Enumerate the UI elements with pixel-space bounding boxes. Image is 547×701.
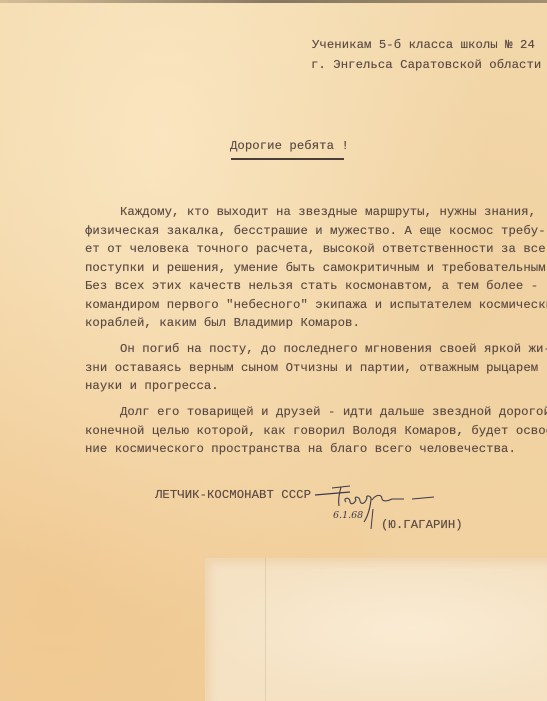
paragraph-line: ет от человека точного расчета, высокой … xyxy=(85,240,546,259)
paragraph-line: науки и прогресса. xyxy=(85,377,219,396)
paper-top-edge xyxy=(0,0,547,3)
paragraph-line: командиром первого "небесного" экипажа и… xyxy=(85,296,547,315)
paragraph-line: ние космического пространства на благо в… xyxy=(85,440,516,459)
paper-fold-line xyxy=(265,558,266,701)
paragraph-line: Каждому, кто выходит на звездные маршрут… xyxy=(120,203,536,222)
signature-title: ЛЕТЧИК-КОСМОНАВТ СССР xyxy=(155,486,311,505)
paragraph-line: поступки и решения, умение быть самокрит… xyxy=(85,259,547,278)
greeting-underline xyxy=(231,158,344,160)
paragraph-line: Долг его товарищей и друзей - идти дальш… xyxy=(120,403,547,422)
paragraph-line: конечной целью которой, как говорил Воло… xyxy=(85,422,547,441)
faded-paper-patch xyxy=(205,558,547,701)
paragraph-line: кораблей, каким был Владимир Комаров. xyxy=(85,314,360,333)
signatory-name: (Ю.ГАГАРИН) xyxy=(381,516,463,535)
paragraph-line: Без всех этих качеств нельзя стать космо… xyxy=(85,277,538,296)
signature-date: 6.1.68 xyxy=(333,510,363,521)
greeting: Дорогие ребята ! xyxy=(230,137,349,156)
paragraph-line: зни оставаясь верным сыном Отчизны и пар… xyxy=(85,359,538,378)
paragraph-line: Он погиб на посту, до последнего мгновен… xyxy=(120,340,547,359)
addressee-line: г. Энгельса Саратовской области xyxy=(311,56,541,75)
addressee-line: Ученикам 5-б класса школы № 24 xyxy=(312,36,535,55)
paragraph-line: физическая закалка, бесстрашие и мужеств… xyxy=(85,222,546,241)
